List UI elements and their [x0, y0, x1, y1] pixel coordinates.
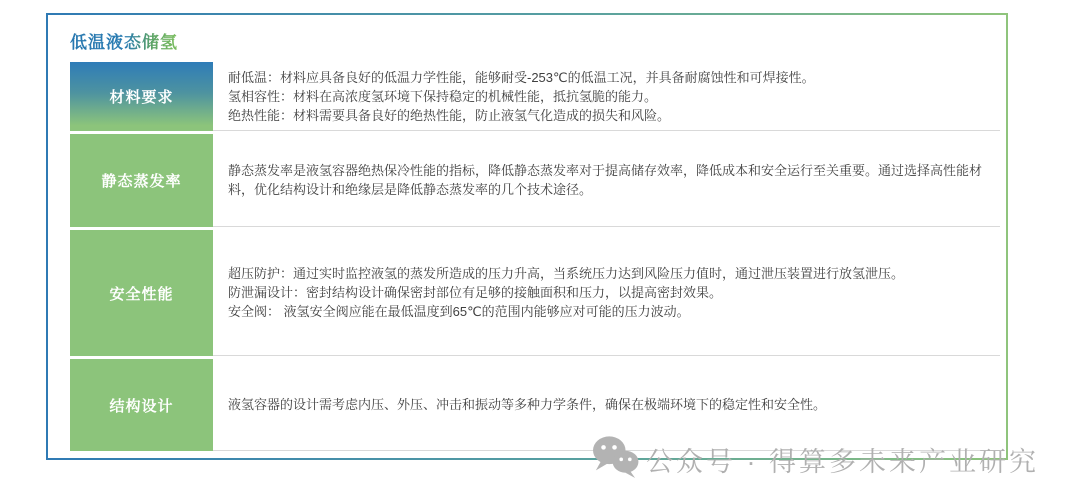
- body-line: 防泄漏设计：密封结构设计确保密封部位有足够的接触面积和压力，以提高密封效果。: [228, 283, 992, 302]
- watermark-text: 公众号 · 得算多未来产业研究: [646, 440, 1039, 479]
- row-body-static-evaporation-rate: 静态蒸发率是液氢容器绝热保冷性能的指标，降低静态蒸发率对于提高储存效率，降低成本…: [213, 134, 1000, 227]
- info-table: 材料要求 耐低温：材料应具备良好的低温力学性能，能够耐受-253℃的低温工况，并…: [70, 62, 1000, 454]
- row-body-material-requirements: 耐低温：材料应具备良好的低温力学性能，能够耐受-253℃的低温工况，并具备耐腐蚀…: [213, 62, 1000, 131]
- body-line: 耐低温：材料应具备良好的低温力学性能，能够耐受-253℃的低温工况，并具备耐腐蚀…: [228, 68, 992, 87]
- row-label-static-evaporation-rate: 静态蒸发率: [70, 134, 213, 227]
- row-label-material-requirements: 材料要求: [70, 62, 213, 131]
- row-label-structural-design: 结构设计: [70, 359, 213, 451]
- page-title: 低温液态储氢: [70, 28, 178, 53]
- table-row: 安全性能 超压防护：通过实时监控液氢的蒸发所造成的压力升高，当系统压力达到风险压…: [70, 230, 1000, 356]
- body-line: 超压防护：通过实时监控液氢的蒸发所造成的压力升高，当系统压力达到风险压力值时，通…: [228, 264, 992, 283]
- hydrogen-storage-panel: 低温液态储氢 材料要求 耐低温：材料应具备良好的低温力学性能，能够耐受-253℃…: [46, 13, 1008, 460]
- row-body-safety-performance: 超压防护：通过实时监控液氢的蒸发所造成的压力升高，当系统压力达到风险压力值时，通…: [213, 230, 1000, 356]
- body-line: 氢相容性：材料在高浓度氢环境下保持稳定的机械性能，抵抗氢脆的能力。: [228, 87, 992, 106]
- body-line: 安全阀： 液氢安全阀应能在最低温度到65℃的范围内能够应对可能的压力波动。: [228, 302, 992, 321]
- body-line: 绝热性能：材料需要具备良好的绝热性能，防止液氢气化造成的损失和风险。: [228, 106, 992, 125]
- table-row: 静态蒸发率 静态蒸发率是液氢容器绝热保冷性能的指标，降低静态蒸发率对于提高储存效…: [70, 134, 1000, 227]
- watermark: 公众号 · 得算多未来产业研究: [590, 434, 1039, 485]
- body-line: 静态蒸发率是液氢容器绝热保冷性能的指标，降低静态蒸发率对于提高储存效率，降低成本…: [228, 161, 992, 199]
- wechat-icon: [590, 434, 640, 485]
- body-line: 液氢容器的设计需考虑内压、外压、冲击和振动等多种力学条件，确保在极端环境下的稳定…: [228, 395, 992, 414]
- table-row: 材料要求 耐低温：材料应具备良好的低温力学性能，能够耐受-253℃的低温工况，并…: [70, 62, 1000, 131]
- row-label-safety-performance: 安全性能: [70, 230, 213, 356]
